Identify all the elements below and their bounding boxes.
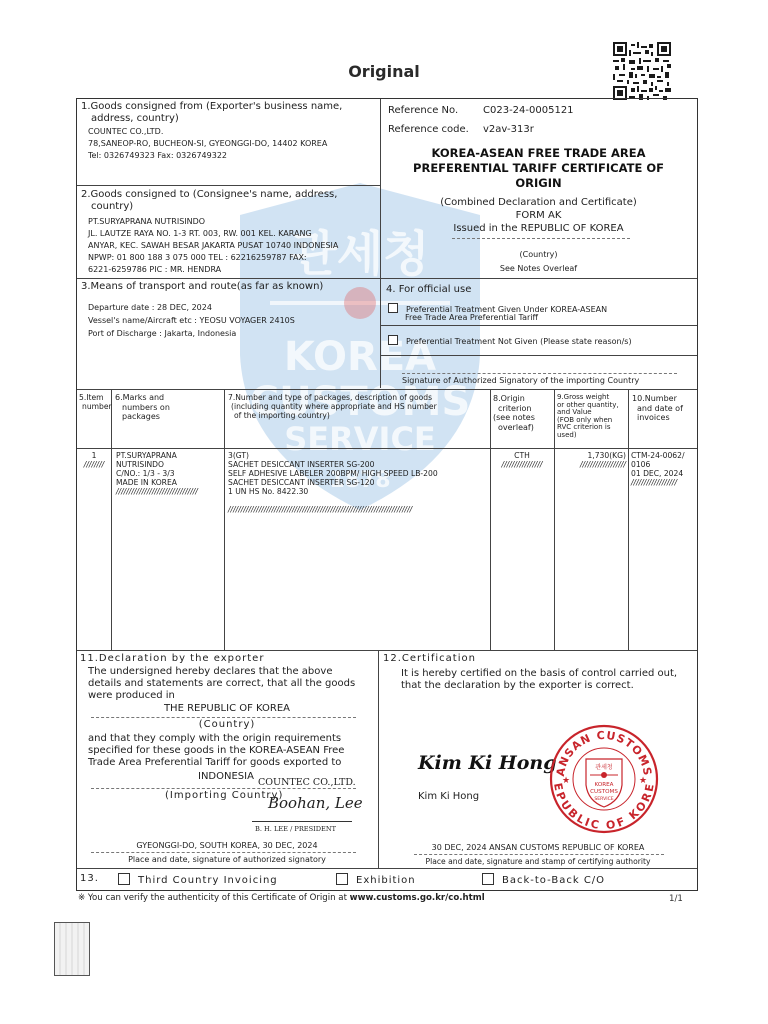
exhibition-checkbox[interactable] [336,873,348,885]
row-origin-criterion: CTH//////////////// [491,451,553,469]
svg-text:CUSTOMS: CUSTOMS [590,789,618,795]
back-to-back-checkbox[interactable] [482,873,494,885]
divider [378,650,379,868]
header-item: 5.Itemnumber [79,393,112,411]
svg-text:관세청: 관세청 [595,763,612,771]
box11-label: 11.Declaration by the exporter [80,653,264,665]
divider [490,389,491,650]
divider [224,389,225,650]
reference-no-label: Reference No. [388,105,458,117]
certification-text-1: It is hereby certified on the basis of c… [401,668,677,680]
svg-text:SERVICE: SERVICE [594,796,613,802]
qr-code-icon [613,42,671,100]
certifier-place-label: Place and date, signature and stamp of c… [379,857,697,866]
vessel-name: Vessel's name/Aircraft etc : YEOSU VOYAG… [88,316,295,326]
certifier-place-date: 30 DEC, 2024 ANSAN CUSTOMS REPUBLIC OF K… [379,843,697,853]
third-country-invoicing-checkbox[interactable] [118,873,130,885]
reference-no-value: C023-24-0005121 [483,105,574,117]
preferential-given-cont: Free Trade Area Preferential Tariff [405,313,538,323]
signatory-line [252,821,352,822]
row-item-number: 1//////// [78,451,110,469]
certifier-place-underline [414,854,664,855]
certifier-name: Kim Ki Hong [418,791,479,803]
see-notes: See Notes Overleaf [380,264,697,274]
declaration-text-6: Trade Area Preferential Tariff for goods… [88,757,341,769]
divider [554,389,555,650]
port-of-discharge: Port of Discharge : Jakarta, Indonesia [88,329,236,339]
box1-label: 1.Goods consigned from (Exporter's busin… [81,101,342,113]
preferential-given-checkbox[interactable] [388,303,398,313]
consignee-address-4: 6221-6259786 PIC : MR. HENDRA [88,265,221,275]
exporter-place-underline [91,852,356,853]
verification-link[interactable]: www.customs.go.kr/co.html [350,893,485,903]
produced-country-underline [91,717,356,718]
exporter-company-stamp: COUNTEC CO.,LTD. [258,777,356,789]
row-invoice: CTM-24-0062/010601 DEC, 2024////////////… [631,451,685,487]
declaration-text-3: were produced in [88,690,175,702]
consignee-name: PT.SURYAPRANA NUTRISINDO [88,217,205,227]
divider [380,355,697,356]
box2-label: 2.Goods consigned to (Consignee's name, … [81,189,337,201]
divider [77,185,380,186]
exporter-contact: Tel: 0326749323 Fax: 0326749322 [88,151,227,161]
box1-label-cont: address, country) [91,113,179,125]
page-number: 1/1 [669,894,683,904]
importing-country: INDONESIA [198,771,254,783]
country-label: (Country) [380,250,697,260]
exporter-address: 78,SANEOP-RO, BUCHEON-SI, GYEONGGI-DO, 1… [88,139,327,149]
svg-text:★: ★ [562,776,570,786]
declaration-text-4: and that they comply with the origin req… [88,733,341,745]
box4-label: 4. For official use [386,284,471,296]
exporter-place-label: Place and date, signature of authorized … [77,855,377,865]
reference-code-label: Reference code. [388,124,469,136]
certification-text-2: that the declaration by the exporter is … [401,680,634,692]
divider [380,325,697,326]
country-underline [452,238,630,239]
svg-text:KOREA: KOREA [594,782,613,788]
departure-date: Departure date : 28 DEC, 2024 [88,303,212,313]
security-hologram [54,922,90,976]
box12-label: 12.Certification [383,653,476,665]
row-description: 3(GT)SACHET DESICCANT INSERTER SG-200SEL… [228,451,438,514]
divider [380,99,381,388]
back-to-back-option[interactable]: Back-to-Back C/O [482,873,605,887]
produced-country: THE REPUBLIC OF KOREA [77,703,377,715]
verification-footnote: ※ You can verify the authenticity of thi… [78,893,485,903]
importing-signatory-label: Signature of Authorized Signatory of the… [402,376,639,386]
declaration-text-2: details and statements are correct, that… [88,678,355,690]
divider [77,650,697,651]
certificate-heading-2: PREFERENTIAL TARIFF CERTIFICATE OF [380,161,697,175]
box3-label: 3.Means of transport and route(as far as… [81,281,323,293]
declaration-text-1: The undersigned hereby declares that the… [88,666,332,678]
produced-country-label: (Country) [77,719,377,731]
importing-country-underline [91,788,356,789]
consignee-address-1: JL. LAUTZE RAYA NO. 1-3 RT. 003, RW. 001… [88,229,312,239]
certificate-heading: KOREA-ASEAN FREE TRADE AREA [380,146,697,160]
third-country-invoicing-option[interactable]: Third Country Invoicing [118,873,278,887]
preferential-not-given-option[interactable]: Preferential Treatment Not Given (Please… [388,335,632,347]
declaration-text-5: specified for these goods in the KOREA-A… [88,745,344,757]
divider [77,868,697,869]
ansan-customs-stamp: ANSAN CUSTOMS REPUBLIC OF KOREA ★ ★ 관세청 … [548,723,660,835]
exporter-signatory: B. H. LEE / PRESIDENT [255,824,336,836]
importing-country-label: (Importing Country) [165,790,283,802]
row-marks: PT.SURYAPRANANUTRISINDOC/NO.: 1/3 - 3/3M… [116,451,198,496]
divider [77,389,697,390]
divider [628,389,629,650]
consignee-address-3: NPWP: 01 800 188 3 075 000 TEL : 6221625… [88,253,307,263]
exporter-signature: Boohan, Lee [268,794,363,812]
header-marks: 6.Marks andnumbers onpackages [115,393,170,422]
certificate-heading-3: ORIGIN [380,176,697,190]
divider [111,389,112,650]
certificate-subheading: (Combined Declaration and Certificate) [380,197,697,209]
box2-label-cont: country) [91,201,133,213]
divider [77,448,697,449]
header-invoice: 10.Numberand date ofinvoices [632,394,683,423]
form-name: FORM AK [380,210,697,222]
header-weight: 9.Gross weightor other quantity,and Valu… [557,394,619,440]
exporter-place-date: GYEONGGI-DO, SOUTH KOREA, 30 DEC, 2024 [77,841,377,851]
header-description: 7.Number and type of packages, descripti… [228,393,437,420]
certifier-signature: Kim Ki Hong [418,752,557,774]
consignee-address-2: ANYAR, KEC. SAWAH BESAR JAKARTA PUSAT 10… [88,241,338,251]
exhibition-option[interactable]: Exhibition [336,873,416,887]
box13-label: 13. [80,873,99,885]
exporter-name: COUNTEC CO.,LTD. [88,127,163,137]
reference-code-value: v2av-313r [483,124,534,136]
issued-in: Issued in the REPUBLIC OF KOREA [380,223,697,235]
header-origin: 8.Origincriterion(see notesoverleaf) [493,394,535,432]
divider [77,278,697,279]
signature-underline [402,373,677,374]
row-gross-weight: 1,730(KG)////////////////// [556,451,626,469]
preferential-not-given-checkbox[interactable] [388,335,398,345]
svg-text:★: ★ [639,776,647,786]
